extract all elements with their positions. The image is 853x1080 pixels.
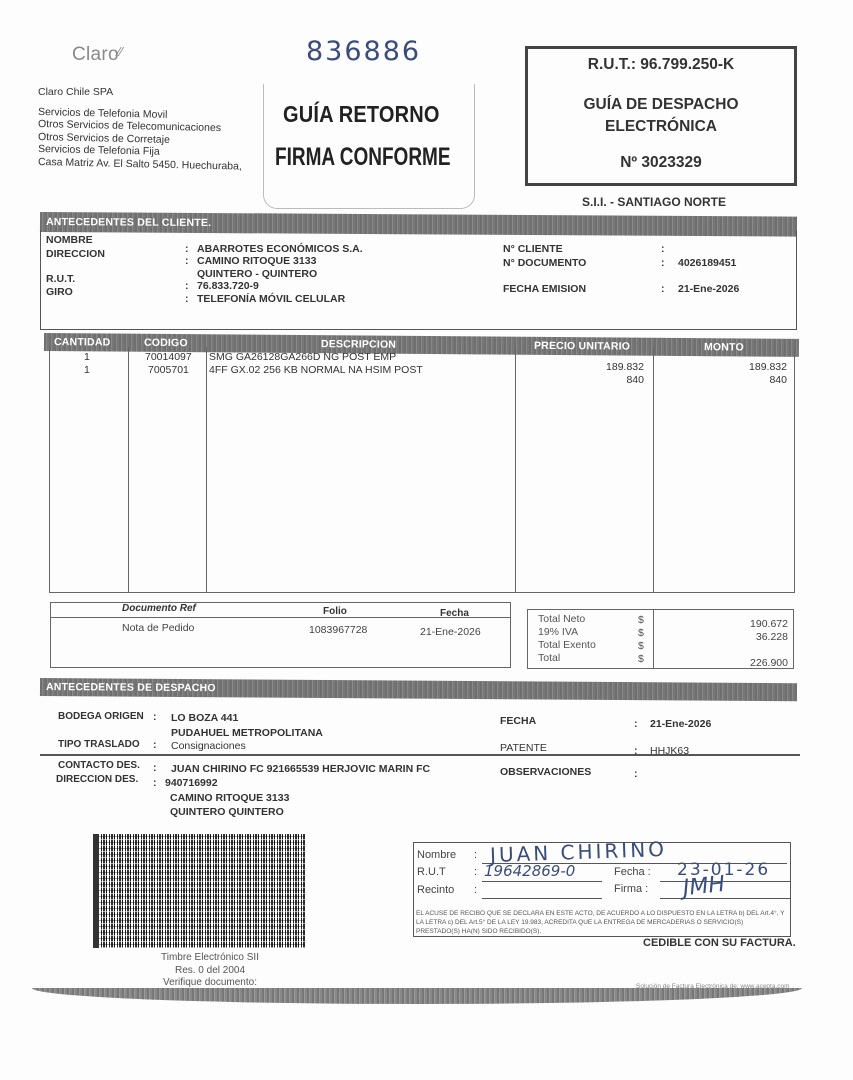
sep: : bbox=[474, 866, 477, 878]
handwritten-rut: 19642869-0 bbox=[484, 862, 575, 880]
pdf417-barcode bbox=[93, 834, 305, 948]
currency-symbol: $ bbox=[638, 640, 644, 652]
sep: : bbox=[153, 739, 157, 751]
stamp-line-1: GUÍA RETORNO bbox=[283, 101, 440, 128]
currency-symbol: $ bbox=[638, 653, 644, 665]
cliente-box bbox=[40, 230, 797, 330]
contacto: JUAN CHIRINO FC 921665539 HERJOVIC MARIN… bbox=[171, 763, 430, 775]
label-patente: PATENTE bbox=[500, 742, 547, 754]
col-divider bbox=[206, 347, 207, 593]
ref-col-documento: Documento Ref bbox=[122, 603, 196, 614]
sep: : bbox=[661, 283, 665, 295]
iva-value: 36.228 bbox=[668, 631, 788, 643]
cliente-direccion-1: CAMINO RITOQUE 3133 bbox=[197, 255, 316, 267]
label-fecha-recibe: Fecha : bbox=[614, 866, 651, 878]
section-header-despacho: ANTECEDENTES DE DESPACHO bbox=[40, 678, 797, 701]
document-type-line-2: ELECTRÓNICA bbox=[525, 116, 797, 138]
ref-col-fecha: Fecha bbox=[440, 608, 469, 619]
cliente-nombre: ABARROTES ECONÓMICOS S.A. bbox=[197, 243, 363, 255]
cell-cantidad: 1 bbox=[84, 364, 90, 376]
total-label: Total bbox=[538, 652, 560, 664]
col-divider bbox=[128, 347, 129, 593]
sep: : bbox=[185, 243, 189, 255]
document-type: GUÍA DE DESPACHO ELECTRÓNICA bbox=[525, 94, 797, 138]
label-rut-recibe: R.U.T bbox=[417, 866, 446, 878]
currency-symbol: $ bbox=[638, 614, 644, 626]
cell-codigo: 70014097 bbox=[145, 351, 192, 363]
ref-col-folio: Folio bbox=[323, 606, 347, 617]
cliente-fecha-emision: 21-Ene-2026 bbox=[678, 283, 739, 295]
cell-descripcion: SMG GA26128GA266D NG POST EMP bbox=[209, 351, 396, 363]
tipo-traslado: Consignaciones bbox=[171, 740, 246, 752]
sep: : bbox=[474, 884, 477, 896]
label-n-documento: N° DOCUMENTO bbox=[503, 257, 586, 269]
sii-office: S.I.I. - SANTIAGO NORTE bbox=[582, 195, 726, 209]
label-contacto: CONTACTO DES. bbox=[58, 760, 140, 771]
ref-fecha: 21-Ene-2026 bbox=[420, 626, 481, 638]
cell-precio-unitario: 840 bbox=[519, 374, 644, 386]
cell-descripcion: 4FF GX.02 256 KB NORMAL NA HSIM POST bbox=[209, 364, 423, 376]
ref-documento: Nota de Pedido bbox=[122, 622, 194, 634]
legal-text: EL ACUSE DE RECIBO QUE SE DECLARA EN EST… bbox=[416, 909, 788, 936]
sep: : bbox=[153, 777, 157, 789]
fecha-despacho: 21-Ene-2026 bbox=[650, 718, 711, 730]
sep: : bbox=[185, 293, 189, 305]
issuer-rut: R.U.T.: 96.799.250-K bbox=[525, 56, 797, 74]
label-giro: GIRO bbox=[46, 286, 73, 298]
logo-text: Claro bbox=[72, 44, 119, 65]
total-exento-label: Total Exento bbox=[538, 639, 596, 651]
bodega-line-1: LO BOZA 441 bbox=[171, 712, 238, 724]
document-type-line-1: GUÍA DE DESPACHO bbox=[525, 94, 797, 116]
sep: : bbox=[634, 745, 638, 757]
contacto-cont: 940716992 bbox=[165, 777, 218, 789]
cell-monto: 189.832 bbox=[659, 361, 787, 373]
signature-line bbox=[482, 898, 602, 899]
cell-codigo: 7005701 bbox=[148, 364, 189, 376]
cell-precio-unitario: 189.832 bbox=[519, 361, 644, 373]
sep: : bbox=[661, 243, 665, 255]
company-info: Claro Chile SPA Servicios de Telefonia M… bbox=[38, 86, 242, 168]
signature-line bbox=[482, 881, 602, 882]
handwritten-number: 836886 bbox=[306, 36, 421, 67]
sep: : bbox=[153, 762, 157, 774]
stamp-line-2: FIRMA CONFORME bbox=[275, 143, 451, 172]
total-value: 226.900 bbox=[668, 657, 788, 669]
cliente-n-documento: 4026189451 bbox=[678, 257, 736, 269]
sep: : bbox=[185, 255, 189, 267]
label-fecha-despacho: FECHA bbox=[500, 715, 536, 727]
sep: : bbox=[634, 768, 638, 780]
total-neto-value: 190.672 bbox=[668, 618, 788, 630]
label-bodega-origen: BODEGA ORIGEN bbox=[58, 711, 144, 722]
label-fecha-emision: FECHA EMISION bbox=[503, 283, 586, 295]
label-direccion-des: DIRECCION DES. bbox=[56, 774, 138, 785]
label-n-cliente: N° CLIENTE bbox=[503, 243, 563, 255]
document-number: Nº 3023329 bbox=[525, 154, 797, 172]
sep: : bbox=[474, 849, 477, 861]
logo-rays-icon: ⁄⁄ bbox=[118, 44, 123, 59]
handwritten-signature: JMH bbox=[682, 872, 726, 901]
iva-label: 19% IVA bbox=[538, 626, 578, 638]
signature-line bbox=[660, 898, 790, 899]
cliente-giro: TELEFONÍA MÓVIL CELULAR bbox=[197, 293, 345, 305]
direccion-des-1: CAMINO RITOQUE 3133 bbox=[170, 792, 289, 804]
label-recinto: Recinto bbox=[417, 884, 454, 896]
cell-monto: 840 bbox=[659, 374, 787, 386]
sep: : bbox=[634, 718, 638, 730]
ref-folio: 1083967728 bbox=[309, 624, 367, 636]
timbre-line-2: Res. 0 del 2004 bbox=[140, 965, 280, 978]
label-rut: R.U.T. bbox=[46, 273, 75, 285]
label-nombre-recibe: Nombre bbox=[417, 849, 456, 861]
cedible-text: CEDIBLE CON SU FACTURA. bbox=[643, 937, 796, 949]
signature-line bbox=[660, 881, 790, 882]
label-tipo-traslado: TIPO TRASLADO bbox=[58, 739, 140, 750]
col-divider bbox=[515, 347, 516, 593]
company-name: Claro Chile SPA bbox=[38, 86, 242, 99]
label-observaciones: OBSERVACIONES bbox=[500, 766, 591, 778]
verify-text: Verifique documento: bbox=[163, 977, 257, 988]
label-nombre: NOMBRE bbox=[46, 234, 93, 246]
sep: : bbox=[185, 280, 189, 292]
cliente-rut: 76.833.720-9 bbox=[197, 280, 259, 292]
total-neto-label: Total Neto bbox=[538, 613, 585, 625]
patente: HHJK63 bbox=[650, 745, 689, 757]
claro-logo: Claro⁄⁄ bbox=[72, 44, 123, 66]
sep: : bbox=[153, 711, 157, 723]
label-direccion: DIRECCION bbox=[46, 248, 105, 260]
bodega-line-2: PUDAHUEL METROPOLITANA bbox=[171, 727, 323, 739]
sep: : bbox=[661, 257, 665, 269]
currency-symbol: $ bbox=[638, 627, 644, 639]
cell-cantidad: 1 bbox=[84, 351, 90, 363]
timbre-line-1: Timbre Electrónico SII bbox=[140, 952, 280, 965]
label-firma: Firma : bbox=[614, 883, 648, 895]
col-divider bbox=[653, 347, 654, 593]
divider bbox=[653, 609, 654, 669]
cliente-direccion-2: QUINTERO - QUINTERO bbox=[197, 268, 317, 280]
direccion-des-2: QUINTERO QUINTERO bbox=[170, 806, 284, 818]
